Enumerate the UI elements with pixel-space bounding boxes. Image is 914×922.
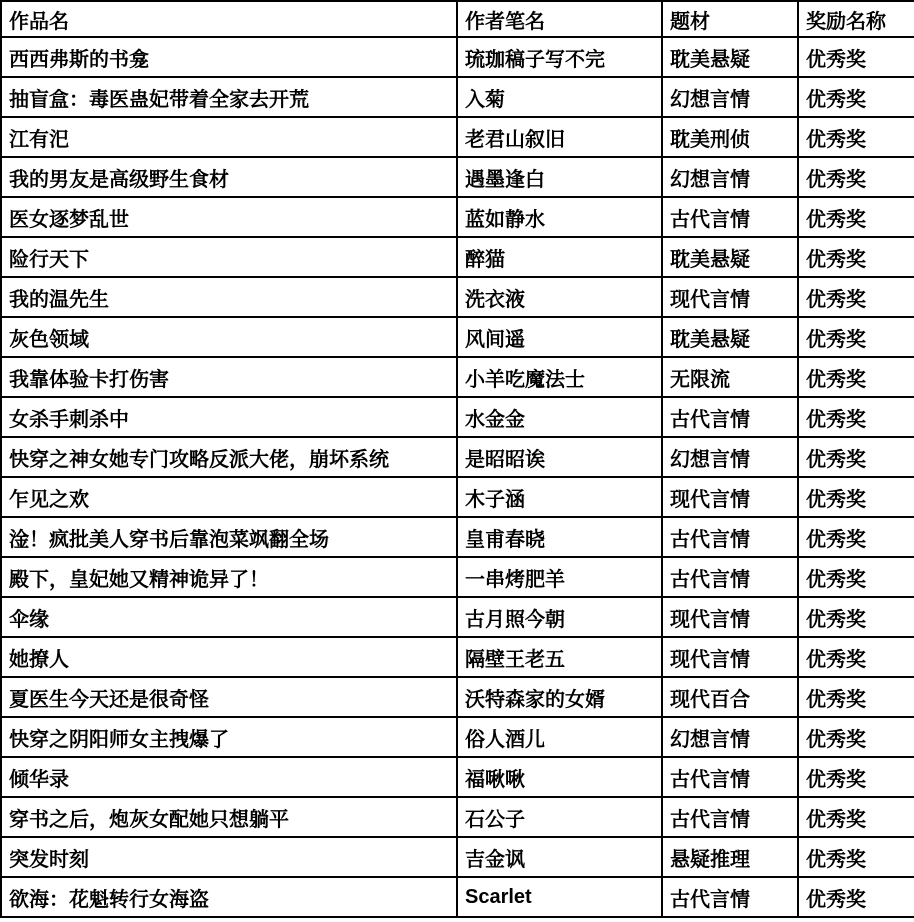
- cell-author-pen-name: 福啾啾: [457, 757, 662, 797]
- awards-table: 作品名 作者笔名 题材 奖励名称 西西弗斯的书龛 琉珈稿子写不完 耽美悬疑 优秀…: [0, 0, 914, 918]
- table-row: 淦！疯批美人穿书后靠泡菜飒翻全场 皇甫春晓 古代言情 优秀奖: [1, 517, 914, 557]
- cell-genre: 古代言情: [662, 877, 798, 917]
- cell-work-title: 西西弗斯的书龛: [1, 37, 457, 77]
- cell-author-pen-name: 水金金: [457, 397, 662, 437]
- cell-award-name: 优秀奖: [798, 157, 914, 197]
- table-row: 她撩人 隔壁王老五 现代言情 优秀奖: [1, 637, 914, 677]
- cell-work-title: 穿书之后，炮灰女配她只想躺平: [1, 797, 457, 837]
- table-row: 女杀手刺杀中 水金金 古代言情 优秀奖: [1, 397, 914, 437]
- cell-author-pen-name: 入菊: [457, 77, 662, 117]
- table-row: 抽盲盒：毒医蛊妃带着全家去开荒 入菊 幻想言情 优秀奖: [1, 77, 914, 117]
- cell-author-pen-name: 小羊吃魔法士: [457, 357, 662, 397]
- cell-author-pen-name: 老君山叙旧: [457, 117, 662, 157]
- table-row: 快穿之神女她专门攻略反派大佬，崩坏系统 是昭昭诶 幻想言情 优秀奖: [1, 437, 914, 477]
- cell-author-pen-name: 洗衣液: [457, 277, 662, 317]
- table-row: 倾华录 福啾啾 古代言情 优秀奖: [1, 757, 914, 797]
- cell-genre: 现代百合: [662, 677, 798, 717]
- cell-award-name: 优秀奖: [798, 197, 914, 237]
- cell-work-title: 殿下，皇妃她又精神诡异了！: [1, 557, 457, 597]
- header-row: 作品名 作者笔名 题材 奖励名称: [1, 1, 914, 37]
- cell-award-name: 优秀奖: [798, 597, 914, 637]
- cell-author-pen-name: 一串烤肥羊: [457, 557, 662, 597]
- cell-award-name: 优秀奖: [798, 637, 914, 677]
- cell-genre: 无限流: [662, 357, 798, 397]
- table-row: 突发时刻 吉金讽 悬疑推理 优秀奖: [1, 837, 914, 877]
- cell-author-pen-name: 俗人酒儿: [457, 717, 662, 757]
- column-header-work-title: 作品名: [1, 1, 457, 37]
- cell-award-name: 优秀奖: [798, 77, 914, 117]
- cell-genre: 悬疑推理: [662, 837, 798, 877]
- cell-work-title: 我的温先生: [1, 277, 457, 317]
- cell-work-title: 欲海：花魁转行女海盗: [1, 877, 457, 917]
- cell-author-pen-name: 醉猫: [457, 237, 662, 277]
- cell-award-name: 优秀奖: [798, 837, 914, 877]
- table-row: 险行天下 醉猫 耽美悬疑 优秀奖: [1, 237, 914, 277]
- table-row: 乍见之欢 木子涵 现代言情 优秀奖: [1, 477, 914, 517]
- cell-award-name: 优秀奖: [798, 797, 914, 837]
- table-row: 我的男友是高级野生食材 遇墨逢白 幻想言情 优秀奖: [1, 157, 914, 197]
- cell-award-name: 优秀奖: [798, 277, 914, 317]
- cell-work-title: 突发时刻: [1, 837, 457, 877]
- table-row: 我的温先生 洗衣液 现代言情 优秀奖: [1, 277, 914, 317]
- cell-author-pen-name: 遇墨逢白: [457, 157, 662, 197]
- cell-genre: 古代言情: [662, 197, 798, 237]
- cell-genre: 古代言情: [662, 517, 798, 557]
- cell-work-title: 江有汜: [1, 117, 457, 157]
- cell-award-name: 优秀奖: [798, 237, 914, 277]
- table-row: 灰色领域 风间遥 耽美悬疑 优秀奖: [1, 317, 914, 357]
- cell-author-pen-name: 沃特森家的女婿: [457, 677, 662, 717]
- table-body: 西西弗斯的书龛 琉珈稿子写不完 耽美悬疑 优秀奖 抽盲盒：毒医蛊妃带着全家去开荒…: [1, 37, 914, 917]
- cell-award-name: 优秀奖: [798, 557, 914, 597]
- cell-genre: 幻想言情: [662, 437, 798, 477]
- column-header-author-pen-name: 作者笔名: [457, 1, 662, 37]
- cell-award-name: 优秀奖: [798, 477, 914, 517]
- cell-award-name: 优秀奖: [798, 517, 914, 557]
- cell-genre: 古代言情: [662, 397, 798, 437]
- cell-work-title: 快穿之阴阳师女主拽爆了: [1, 717, 457, 757]
- cell-genre: 耽美悬疑: [662, 37, 798, 77]
- cell-genre: 现代言情: [662, 597, 798, 637]
- cell-work-title: 她撩人: [1, 637, 457, 677]
- table-row: 欲海：花魁转行女海盗 Scarlet 古代言情 优秀奖: [1, 877, 914, 917]
- cell-award-name: 优秀奖: [798, 117, 914, 157]
- cell-author-pen-name: 木子涵: [457, 477, 662, 517]
- cell-genre: 古代言情: [662, 797, 798, 837]
- table-row: 伞缘 古月照今朝 现代言情 优秀奖: [1, 597, 914, 637]
- cell-award-name: 优秀奖: [798, 437, 914, 477]
- cell-genre: 现代言情: [662, 277, 798, 317]
- cell-author-pen-name: Scarlet: [457, 877, 662, 917]
- cell-work-title: 抽盲盒：毒医蛊妃带着全家去开荒: [1, 77, 457, 117]
- cell-award-name: 优秀奖: [798, 37, 914, 77]
- cell-author-pen-name: 隔壁王老五: [457, 637, 662, 677]
- cell-genre: 幻想言情: [662, 157, 798, 197]
- cell-work-title: 灰色领域: [1, 317, 457, 357]
- cell-author-pen-name: 风间遥: [457, 317, 662, 357]
- cell-work-title: 乍见之欢: [1, 477, 457, 517]
- cell-author-pen-name: 皇甫春晓: [457, 517, 662, 557]
- cell-work-title: 我的男友是高级野生食材: [1, 157, 457, 197]
- cell-author-pen-name: 石公子: [457, 797, 662, 837]
- cell-author-pen-name: 吉金讽: [457, 837, 662, 877]
- cell-award-name: 优秀奖: [798, 677, 914, 717]
- cell-genre: 幻想言情: [662, 717, 798, 757]
- cell-genre: 耽美刑侦: [662, 117, 798, 157]
- cell-author-pen-name: 琉珈稿子写不完: [457, 37, 662, 77]
- cell-work-title: 快穿之神女她专门攻略反派大佬，崩坏系统: [1, 437, 457, 477]
- cell-work-title: 伞缘: [1, 597, 457, 637]
- table-row: 殿下，皇妃她又精神诡异了！ 一串烤肥羊 古代言情 优秀奖: [1, 557, 914, 597]
- cell-work-title: 女杀手刺杀中: [1, 397, 457, 437]
- table-row: 夏医生今天还是很奇怪 沃特森家的女婿 现代百合 优秀奖: [1, 677, 914, 717]
- cell-genre: 古代言情: [662, 757, 798, 797]
- column-header-award-name: 奖励名称: [798, 1, 914, 37]
- cell-author-pen-name: 蓝如静水: [457, 197, 662, 237]
- cell-genre: 幻想言情: [662, 77, 798, 117]
- cell-award-name: 优秀奖: [798, 877, 914, 917]
- cell-author-pen-name: 是昭昭诶: [457, 437, 662, 477]
- cell-work-title: 险行天下: [1, 237, 457, 277]
- table-row: 江有汜 老君山叙旧 耽美刑侦 优秀奖: [1, 117, 914, 157]
- cell-award-name: 优秀奖: [798, 717, 914, 757]
- table-row: 西西弗斯的书龛 琉珈稿子写不完 耽美悬疑 优秀奖: [1, 37, 914, 77]
- cell-genre: 现代言情: [662, 637, 798, 677]
- cell-author-pen-name: 古月照今朝: [457, 597, 662, 637]
- cell-work-title: 夏医生今天还是很奇怪: [1, 677, 457, 717]
- cell-work-title: 医女逐梦乱世: [1, 197, 457, 237]
- cell-work-title: 倾华录: [1, 757, 457, 797]
- cell-genre: 耽美悬疑: [662, 317, 798, 357]
- cell-genre: 现代言情: [662, 477, 798, 517]
- cell-work-title: 淦！疯批美人穿书后靠泡菜飒翻全场: [1, 517, 457, 557]
- column-header-genre: 题材: [662, 1, 798, 37]
- cell-work-title: 我靠体验卡打伤害: [1, 357, 457, 397]
- cell-award-name: 优秀奖: [798, 757, 914, 797]
- table-row: 我靠体验卡打伤害 小羊吃魔法士 无限流 优秀奖: [1, 357, 914, 397]
- table-row: 医女逐梦乱世 蓝如静水 古代言情 优秀奖: [1, 197, 914, 237]
- cell-genre: 耽美悬疑: [662, 237, 798, 277]
- table-row: 穿书之后，炮灰女配她只想躺平 石公子 古代言情 优秀奖: [1, 797, 914, 837]
- cell-award-name: 优秀奖: [798, 317, 914, 357]
- cell-award-name: 优秀奖: [798, 397, 914, 437]
- cell-genre: 古代言情: [662, 557, 798, 597]
- cell-award-name: 优秀奖: [798, 357, 914, 397]
- table-row: 快穿之阴阳师女主拽爆了 俗人酒儿 幻想言情 优秀奖: [1, 717, 914, 757]
